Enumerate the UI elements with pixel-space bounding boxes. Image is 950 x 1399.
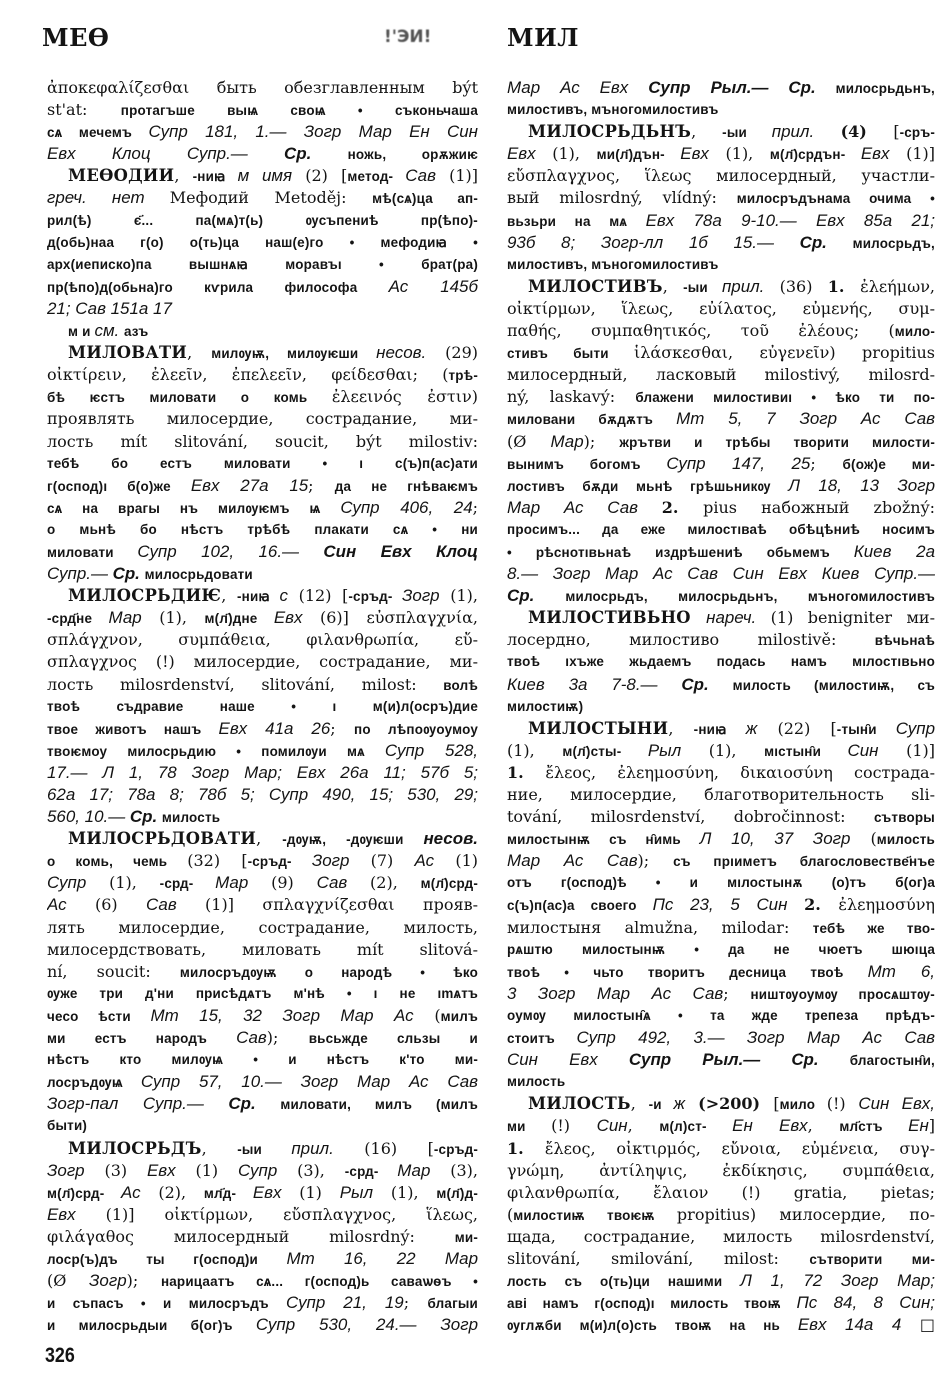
church-slavonic-text: милосрьдъ, милосрьдьнъ, мъногомилостивъ bbox=[565, 589, 935, 604]
church-slavonic-text: сѧ на врагы нъ милѹѥмъ ѩ bbox=[47, 501, 340, 516]
gloss-text: σπλάγχνον, συμπάθεια, φιλανθρωπία, εὔ- bbox=[47, 630, 478, 649]
source-reference: Рыл bbox=[648, 741, 681, 760]
gloss-text: □ bbox=[920, 1315, 935, 1334]
gloss-text: ; bbox=[810, 454, 842, 473]
church-slavonic-text: аві намъ г(оспод)ı милость твоѭ bbox=[507, 1296, 797, 1311]
text-line: 1. ἔλεος, οἰκτιρμός, εὔνοια, εὐμένεια, σ… bbox=[507, 1138, 935, 1160]
church-slavonic-text: отъ г(оспод)ѣ • и мıлостынѫ (о)тъ б(ог)а bbox=[507, 875, 935, 890]
source-reference: 93б 8; Зогр-лл 1б 15.— bbox=[507, 233, 800, 252]
source-reference: Син Евх bbox=[507, 1050, 629, 1069]
gloss-text: (2), bbox=[141, 1183, 204, 1202]
headword: МИЛОСРЬДЪ bbox=[68, 1139, 202, 1158]
text-line: σπλαγχνος (!) милосердие, сострадание, м… bbox=[47, 651, 478, 673]
right-column: Мар Ас Евх Супр Рыл.— Ср. милосрьдьнъ,ми… bbox=[507, 77, 935, 1336]
gloss-text: (1), bbox=[440, 586, 478, 605]
text-line: милость bbox=[507, 1071, 935, 1093]
text-line: миловани бѫдѫтъ Мт 5, 7 Зогр Ас Сав bbox=[507, 408, 935, 430]
gloss-text: ný, laskavý: bbox=[507, 387, 635, 406]
gloss-text: οἰκτίρμων, ἵλεως, εὐίλατος, εὐμενής, συμ… bbox=[507, 299, 935, 318]
source-reference: Ас 145б bbox=[389, 277, 478, 296]
gloss-text: (1)] bbox=[436, 166, 478, 185]
text-line: Ср. милосрьдъ, милосрьдьнъ, мъногомилост… bbox=[507, 585, 935, 607]
source-reference: Син Евх, bbox=[858, 1094, 935, 1113]
headword: МЕѲОДИИ bbox=[68, 166, 174, 185]
gloss-text: (Ø bbox=[47, 1271, 89, 1290]
gloss-text: φιλάγαθος милосердный milosrdný: bbox=[47, 1227, 455, 1246]
text-line: милосердный, ласковый milostivý, milosrd… bbox=[507, 364, 935, 386]
text-line: φιλάγαθος милосердный milosrdný: ми- bbox=[47, 1226, 478, 1248]
source-reference: Сав bbox=[317, 873, 348, 892]
gloss-text: ní, soucit: bbox=[47, 962, 180, 981]
church-slavonic-text: по лѣпоѹоумоу bbox=[354, 722, 478, 737]
text-line: твое животъ нашъ Евх 41а 26; по лѣпоѹоум… bbox=[47, 718, 478, 740]
sense-number: (>200) bbox=[685, 1094, 773, 1113]
text-line: лять милосердие, сострадание, милость, bbox=[47, 917, 478, 939]
source-reference: Зогр-пал Супр.— bbox=[47, 1094, 228, 1113]
source-reference: Мт 16, 22 Мар bbox=[286, 1249, 478, 1268]
church-slavonic-text: ми(л҃)дън- bbox=[597, 147, 681, 162]
text-line: лосръдѹѩ Супр 57, 10.— Зогр Мар Ас Сав bbox=[47, 1071, 478, 1093]
source-reference: Супр bbox=[47, 873, 86, 892]
gloss-text: (Ø bbox=[507, 432, 550, 451]
gloss-text: , bbox=[202, 1139, 238, 1158]
gloss-text: ἱλάσκεσθαι, εὐγενεῖν) propitius bbox=[634, 343, 935, 362]
text-line: slitování, smilování, milost: сътворити … bbox=[507, 1248, 935, 1270]
church-slavonic-text: мѣ(сѧ)ца ап- bbox=[372, 191, 478, 206]
church-slavonic-text: м(л)ст- bbox=[659, 1119, 732, 1134]
gloss-text: вый milosrdný, vlídný: bbox=[507, 188, 737, 207]
entry-start-line: м и см. азъ bbox=[47, 320, 478, 342]
source-reference: Супр 21, 19 bbox=[286, 1293, 404, 1312]
text-line: щада, сострадание, милость milosrdenství… bbox=[507, 1226, 935, 1248]
church-slavonic-text: милѹѭ, милѹѥши bbox=[211, 346, 376, 361]
source-reference: Мар Ас Евх bbox=[507, 78, 648, 97]
church-slavonic-text: нарицаатъ сѧ... г(оспод)ь саваѡѳъ • bbox=[161, 1274, 478, 1289]
gloss-text: (1), bbox=[709, 144, 770, 163]
source-reference: Рыл bbox=[340, 1183, 373, 1202]
text-line: отъ г(оспод)ѣ • и мıлостынѫ (о)тъ б(ог)а bbox=[507, 872, 935, 894]
church-slavonic-text: -срд҃не bbox=[47, 611, 109, 626]
church-slavonic-text: м(л҃)срд- bbox=[421, 876, 478, 891]
text-line: Зогр (3) Евх (1) Супр (3), -срд- Мар (3)… bbox=[47, 1160, 478, 1182]
text-line: о комь, чемь (32) [-сръд- Зогр (7) Ас (1… bbox=[47, 850, 478, 872]
church-slavonic-text: -дѹѭ, -дѹѥши bbox=[282, 832, 423, 847]
text-line: твоѣ ıхъже жьдаемъ подась намъ мıлостıвь… bbox=[507, 651, 935, 673]
church-slavonic-text: и съпасъ • и милосръдъ bbox=[47, 1296, 286, 1311]
source-reference: Пс 84, 8 Син; bbox=[797, 1293, 935, 1312]
gloss-text: εὔσπλαγχνος, ἵλεως милосердный, участли- bbox=[507, 166, 935, 185]
church-slavonic-text: вынимъ богомъ bbox=[507, 457, 666, 472]
text-line: лость mít slitování, soucit, být milosti… bbox=[47, 431, 478, 453]
text-line: твоѣ • чьто творитъ десница твоѣ Мт 6, bbox=[507, 961, 935, 983]
gloss-text: (1)] σπλαγχνίζεσθαι прояв- bbox=[177, 895, 478, 914]
source-reference: Супр 530, 24.— Зогр bbox=[256, 1315, 478, 1334]
gloss-text: pius набожный zbožný: bbox=[703, 498, 935, 517]
gloss-text: лость milosrdenství, slitování, milost: bbox=[47, 675, 443, 694]
gloss-text: st'at: bbox=[47, 100, 121, 119]
source-reference-bold: Ср. bbox=[284, 144, 348, 163]
source-reference: Супр 147, 25 bbox=[666, 454, 810, 473]
text-line: твоѥмоу милосрьдию • помилѹи мѧ Супр 528… bbox=[47, 740, 478, 762]
gloss-text: ); bbox=[638, 851, 674, 870]
source-reference: Евх 41а 26 bbox=[219, 719, 331, 738]
church-slavonic-text: ѹже три д'ни присѣдѧтъ м'нѣ • ı не ımѧтъ bbox=[47, 986, 478, 1001]
text-line: стоитъ Супр 492, 3.— Зогр Мар Ас Сав bbox=[507, 1027, 935, 1049]
entry-start-line: МИЛОСРЬДЬНЪ, -ыи прил. (4) [-сръ- bbox=[507, 121, 935, 143]
church-slavonic-text: стивъ быти bbox=[507, 346, 634, 361]
gloss-text: (6) bbox=[67, 895, 146, 914]
text-line: сѧ мечемъ Супр 181, 1.— Зогр Мар Ен Син bbox=[47, 121, 478, 143]
gloss-text: щада, сострадание, милость milosrdenství… bbox=[507, 1227, 935, 1246]
church-slavonic-text: ми- bbox=[455, 1230, 478, 1245]
sense-number: 2. bbox=[662, 498, 703, 517]
church-slavonic-text: милость (милостиѭ, съ bbox=[733, 678, 935, 693]
text-line: Мар Ас Евх Супр Рыл.— Ср. милосрьдьнъ, bbox=[507, 77, 935, 99]
text-line: милостыня almužna, milodar: тебѣ же тво- bbox=[507, 917, 935, 939]
source-reference: греч. нет bbox=[47, 188, 170, 207]
church-slavonic-text: тебѣ бо естъ миловати • ı с(ъ)п(ас)ати bbox=[47, 456, 478, 471]
church-slavonic-text: мл҃стъ bbox=[839, 1119, 908, 1134]
source-reference: Супр 57, 10.— Зогр Мар Ас Сав bbox=[141, 1072, 478, 1091]
church-slavonic-text: сътворити ми- bbox=[809, 1252, 935, 1267]
church-slavonic-text: благыи bbox=[428, 1296, 479, 1311]
gloss-text: (1), bbox=[507, 741, 562, 760]
gloss-text: (1) benigniter ми- bbox=[756, 608, 935, 627]
church-slavonic-text: рил(ѣ) є҃... па(мѧ)т(ь) ѹсъпениѣ пр(ѣпо)… bbox=[47, 213, 478, 228]
church-slavonic-text: -ниꙗ bbox=[694, 722, 746, 737]
source-reference: Супр bbox=[896, 719, 935, 738]
text-line: Супр (1), -срд- Мар (9) Сав (2), м(л҃)ср… bbox=[47, 872, 478, 894]
source-reference: Евх bbox=[253, 1183, 282, 1202]
church-slavonic-text: ножь, орѫжиѥ bbox=[348, 147, 478, 162]
gloss-text: (1), bbox=[681, 741, 764, 760]
source-reference: Зогр bbox=[47, 1161, 85, 1180]
church-slavonic-text: метод- bbox=[347, 169, 405, 184]
gloss-text: (36) bbox=[764, 277, 827, 296]
text-line: оумѹ милостын̑ѧ • та жде трепеза прѣдъ- bbox=[507, 1005, 935, 1027]
text-line: Мар Ас Сав); съ прıиметъ благословестве҃… bbox=[507, 850, 935, 872]
text-line: вьзьри на мѧ Евх 78а 9-10.— Евх 85а 21; bbox=[507, 210, 935, 232]
text-line: φιλανθρωπία, ἔλαιον (!) gratia, pietas; bbox=[507, 1182, 935, 1204]
source-reference: Супр 528, bbox=[385, 741, 478, 760]
gloss-text: (16) [ bbox=[334, 1139, 434, 1158]
church-slavonic-text: мило bbox=[780, 1097, 827, 1112]
church-slavonic-text: твоѣ ıхъже жьдаемъ подась намъ мıлостıвь… bbox=[507, 654, 935, 669]
church-slavonic-text: ништѹоумѹ просѧштѹ- bbox=[750, 987, 935, 1002]
source-reference: Мар bbox=[397, 1161, 430, 1180]
gloss-text: (3), bbox=[277, 1161, 344, 1180]
text-line: сѧ на врагы нъ милѹѥмъ ѩ Супр 406, 24; bbox=[47, 497, 478, 519]
church-slavonic-text: да не гнѣваѥмъ bbox=[335, 479, 478, 494]
text-line: и съпасъ • и милосръдъ Супр 21, 19; благ… bbox=[47, 1292, 478, 1314]
text-line: (Ø Мар); жрътви и трѣбы творити милости- bbox=[507, 431, 935, 453]
text-line: st'at: протагъше выѩ своѩ • съконьчаша bbox=[47, 99, 478, 121]
church-slavonic-text: чесо ѣсти bbox=[47, 1009, 150, 1024]
gloss-text: милосердный, ласковый milostivý, milosrd… bbox=[507, 365, 935, 384]
source-reference: Мар Ас Сав bbox=[507, 498, 662, 517]
gloss-text: лосердно, милостиво milostivě: bbox=[507, 630, 875, 649]
church-slavonic-text: вѣчьнаѣ bbox=[875, 633, 935, 648]
church-slavonic-text: лость съ о(ть)ци нашими bbox=[507, 1274, 740, 1289]
text-line: арх(иепиcко)па вышнѧꙗ моравъı • брат(ра) bbox=[47, 254, 478, 276]
church-slavonic-text: милостиѭ твоѥѭ bbox=[513, 1208, 677, 1223]
church-slavonic-text: сътворы bbox=[874, 810, 935, 825]
source-reference-bold: Ср. bbox=[228, 1094, 280, 1113]
entry-start-line: МЕѲОДИИ, -ниꙗ м имя (2) [метод- Сав (1)] bbox=[47, 165, 478, 187]
gloss-text: , bbox=[691, 122, 722, 141]
church-slavonic-text: мıстын̑и bbox=[764, 744, 847, 759]
church-slavonic-text: -срд- bbox=[160, 876, 215, 891]
source-reference: Евх Клоц Супр.— bbox=[47, 144, 284, 163]
text-line: тебѣ бо естъ миловати • ı с(ъ)п(ас)ати bbox=[47, 453, 478, 475]
gloss-text: (!) bbox=[827, 1094, 859, 1113]
source-reference: Евх bbox=[274, 608, 303, 627]
text-line: Мар Ас Сав 2. pius набожный zbožný: bbox=[507, 497, 935, 519]
text-line: σπλάγχνον, συμπάθεια, φιλανθρωπία, εὔ- bbox=[47, 629, 478, 651]
church-slavonic-text: вьсьжде сльзы и bbox=[309, 1031, 478, 1046]
church-slavonic-text: милость bbox=[877, 832, 935, 847]
church-slavonic-text: вьзьри на мѧ bbox=[507, 214, 646, 229]
gloss-text: , bbox=[187, 343, 211, 362]
text-line: ние, милосердие, благотворительность sli… bbox=[507, 784, 935, 806]
source-reference: Ас bbox=[415, 851, 435, 870]
church-slavonic-text: -ыи bbox=[237, 1142, 291, 1157]
gloss-text: (1)] bbox=[879, 741, 936, 760]
text-line: 62а 17; 78а 8; 78б 5; Супр 490, 15; 530,… bbox=[47, 784, 478, 806]
source-reference: 3 Зогр Мар Ас Сав bbox=[507, 984, 723, 1003]
church-slavonic-text: милостиѭ) bbox=[507, 699, 583, 714]
headword: МИЛОСТЫНИ bbox=[528, 719, 668, 738]
source-reference: Мт 5, 7 Зогр Ас Сав bbox=[676, 409, 935, 428]
church-slavonic-text: мл҃д- bbox=[204, 1186, 253, 1201]
source-reference-bold: Ср. bbox=[507, 586, 565, 605]
source-reference: Сав bbox=[236, 1028, 267, 1047]
church-slavonic-text: милостивъ, мъногомилостивъ bbox=[507, 257, 718, 272]
source-reference: Супр 492, 3.— Зогр Мар Ас Сав bbox=[577, 1028, 935, 1047]
source-reference: Ас bbox=[121, 1183, 141, 1202]
source-reference: Евх bbox=[507, 144, 536, 163]
source-reference: прил. bbox=[772, 122, 814, 141]
gloss-text: φιλανθρωπία, ἔλαιον (!) gratia, pietas; bbox=[507, 1183, 935, 1202]
text-line: вый milosrdný, vlídný: милосръдънама очи… bbox=[507, 187, 935, 209]
gloss-text: ние, милосердие, благотворительность sli… bbox=[507, 785, 935, 804]
text-line: лость съ о(ть)ци нашими Л 1, 72 Зогр Мар… bbox=[507, 1270, 935, 1292]
source-reference: Мар bbox=[109, 608, 142, 627]
running-head-center-smudge: !'ЭИ! bbox=[384, 27, 431, 47]
church-slavonic-text: ми естъ народъ bbox=[47, 1031, 236, 1046]
church-slavonic-text: просимъ... да еже милостıваѣ обѣцѣниѣ но… bbox=[507, 522, 935, 537]
gloss-text: ; bbox=[723, 984, 750, 1003]
text-line: о мьнѣ бо нѣстъ трѣбѣ плакати сѧ • ни bbox=[47, 519, 478, 541]
source-reference: Евх bbox=[47, 1205, 76, 1224]
church-slavonic-text: с(ъ)п(ас)а своего bbox=[507, 898, 653, 913]
text-line: παθής, συμπαθητικός, τοῦ ἐλέους; (мило- bbox=[507, 320, 935, 342]
entry-start-line: МИЛОСТЬ, -и ж (>200) [мило (!) Син Евх, bbox=[507, 1093, 935, 1115]
church-slavonic-text: милосръдѹѭ о народѣ • ѣко bbox=[180, 965, 478, 980]
text-line: tování, milosrdenství, dobročinnost: сът… bbox=[507, 806, 935, 828]
church-slavonic-text: д(обь)наа г(о) о(ть)ца наш(е)го • мефоди… bbox=[47, 235, 478, 250]
left-column: ἀποκεφαλίζεσθαι быть обезглавленным býts… bbox=[47, 77, 478, 1336]
gloss-text: милостыня almužna, milodar: bbox=[507, 918, 813, 937]
source-reference: Л 1, 72 Зогр Мар; bbox=[740, 1271, 935, 1290]
text-line: вынимъ богомъ Супр 147, 25; б(ож)е ми- bbox=[507, 453, 935, 475]
source-reference: Евх bbox=[680, 144, 709, 163]
gloss-text: ( bbox=[850, 829, 876, 848]
gloss-text: (1), bbox=[86, 873, 159, 892]
gloss-text: ἐλεεινός ἐστιν) bbox=[332, 387, 478, 406]
gloss-text: ; bbox=[404, 1293, 428, 1312]
gloss-text: ἔλεος, ἐλεημοσύνη, δικαιοσύνη сострада- bbox=[545, 763, 935, 782]
church-slavonic-text: м и bbox=[68, 324, 94, 339]
source-reference: Супр 406, 24 bbox=[340, 498, 472, 517]
church-slavonic-text: -сръд- bbox=[248, 854, 312, 869]
text-line: Син Евх Супр Рыл.— Ср. благостын̑и, bbox=[507, 1049, 935, 1071]
church-slavonic-text: ѹглѫби м(и)л(о)сть твоѭ на нь bbox=[507, 1318, 798, 1333]
gloss-text: ἐλεήμων, bbox=[860, 277, 935, 296]
church-slavonic-text: твоѥмоу милосрьдию • помилѹи мѧ bbox=[47, 744, 385, 759]
gloss-text: (1), bbox=[373, 1183, 436, 1202]
gloss-text: tování, milosrdenství, dobročinnost: bbox=[507, 807, 874, 826]
text-line: милостивъ, мъногомилостивъ bbox=[507, 99, 935, 121]
text-line: аві намъ г(оспод)ı милость твоѭ Пс 84, 8… bbox=[507, 1292, 935, 1314]
text-line: лоср(ъ)дъ ты г(оспод)и Мт 16, 22 Мар bbox=[47, 1248, 478, 1270]
source-reference: Мар Ас Сав bbox=[507, 851, 638, 870]
text-line: 8.— Зогр Мар Ас Сав Син Евх Киев Супр.— bbox=[507, 563, 935, 585]
text-line: (Ø Зогр); нарицаатъ сѧ... г(оспод)ь сава… bbox=[47, 1270, 478, 1292]
church-slavonic-text: милосрьдъ, bbox=[853, 236, 935, 251]
source-reference: 560, 10.— bbox=[47, 807, 130, 826]
source-reference: Ен bbox=[908, 1116, 929, 1135]
church-slavonic-text: б(ож)е ми- bbox=[843, 457, 935, 472]
text-line: οἰκτίρειν, ἐλεεῖν, ἐπελεεῖν, φείδεσθαι; … bbox=[47, 364, 478, 386]
gloss-text: лость mít slitování, soucit, být milosti… bbox=[47, 432, 478, 451]
church-slavonic-text: твоѣ съдравие наше • ı м(и)л(осръ)дие bbox=[47, 699, 478, 714]
text-line: пр(ѣпо)д(обьна)го кѵрила философа Ас 145… bbox=[47, 276, 478, 298]
source-reference-bold: Ср. bbox=[800, 233, 853, 252]
source-reference: 8.— Зогр Мар Ас Сав Син Евх Киев Супр.— bbox=[507, 564, 935, 583]
source-reference: Син bbox=[848, 741, 879, 760]
church-slavonic-text: трѣ- bbox=[448, 368, 478, 383]
church-slavonic-text: быти) bbox=[47, 1118, 87, 1133]
church-slavonic-text: милосръдънама очима • bbox=[737, 191, 935, 206]
gloss-text: проявлять милосердие, сострадание, ми- bbox=[47, 409, 478, 428]
church-slavonic-text: волѣ bbox=[443, 678, 478, 693]
source-reference-bold: Супр Рыл.— Ср. bbox=[648, 78, 835, 97]
source-reference: Киев 2а bbox=[854, 542, 935, 561]
text-line: 17.— Л 1, 78 Зогр Мар; Евх 26а 11; 57б 5… bbox=[47, 762, 478, 784]
gloss-text: , bbox=[631, 1094, 649, 1113]
church-slavonic-text: -ниꙗ bbox=[237, 589, 279, 604]
text-line: Евх Клоц Супр.— Ср. ножь, орѫжиѥ bbox=[47, 143, 478, 165]
gloss-text: , bbox=[668, 719, 693, 738]
source-reference: Киев 3а 7-8.— bbox=[507, 675, 681, 694]
source-reference: несов. bbox=[376, 343, 426, 362]
text-line: милостиѭ) bbox=[507, 696, 935, 718]
sense-number: (4) bbox=[814, 122, 893, 141]
church-slavonic-text: твоѣ • чьто творитъ десница твоѣ bbox=[507, 965, 868, 980]
headword: МИЛОСТИВЬНО bbox=[528, 608, 706, 627]
church-slavonic-text: протагъше выѩ своѩ • съконьчаша bbox=[121, 103, 478, 118]
source-reference: Ен Евх bbox=[732, 1116, 807, 1135]
sense-number: 1. bbox=[828, 277, 860, 296]
source-reference: Евх bbox=[147, 1161, 176, 1180]
gloss-text: (7) bbox=[349, 851, 414, 870]
church-slavonic-text: миловани бѫдѫтъ bbox=[507, 412, 676, 427]
gloss-text: ] bbox=[929, 1116, 935, 1135]
text-line: ní, soucit: милосръдѹѭ о народѣ • ѣко bbox=[47, 961, 478, 983]
sense-number: 2. bbox=[804, 895, 838, 914]
text-line: εὔσπλαγχνος, ἵλεως милосердный, участли- bbox=[507, 165, 935, 187]
gloss-text: , bbox=[256, 829, 282, 848]
gloss-text: лять милосердие, сострадание, милость, bbox=[47, 918, 478, 937]
entry-start-line: МИЛОСТЫНИ, -ниꙗ ж (22) [-тын̑и Супр bbox=[507, 718, 935, 740]
text-line: д(обь)наа г(о) о(ть)ца наш(е)го • мефоди… bbox=[47, 232, 478, 254]
gloss-text: , bbox=[663, 277, 683, 296]
gloss-text: (1) bbox=[281, 1183, 339, 1202]
page-number: 326 bbox=[45, 1344, 75, 1368]
church-slavonic-text: -сръд- bbox=[434, 1142, 478, 1157]
gloss-text: (32) [ bbox=[187, 851, 247, 870]
gloss-text: (1)] bbox=[889, 144, 935, 163]
sense-number: 1. bbox=[507, 763, 545, 782]
dictionary-page: МЕѲ !'ЭИ! МИЛ ἀποκεφαλίζεσθαι быть обезг… bbox=[0, 0, 950, 1399]
source-reference: Зогр bbox=[312, 851, 350, 870]
church-slavonic-text: милость bbox=[507, 1074, 565, 1089]
source-reference: Син bbox=[597, 1116, 628, 1135]
gloss-text: , bbox=[628, 1116, 660, 1135]
church-slavonic-text: -срд- bbox=[345, 1164, 398, 1179]
church-slavonic-text: арх(иепиcко)па вышнѧꙗ моравъı • брат(ра) bbox=[47, 257, 478, 272]
gloss-text: , bbox=[174, 166, 192, 185]
source-reference: прил. bbox=[291, 1139, 333, 1158]
source-reference: Ас bbox=[47, 895, 67, 914]
gloss-text: (9) bbox=[248, 873, 316, 892]
text-line: ný, laskavý: блажени милостивиı • ѣко ти… bbox=[507, 386, 935, 408]
church-slavonic-text: миловати, милъ (милъ bbox=[280, 1097, 478, 1112]
text-line: твоѣ съдравие наше • ı м(и)л(осръ)дие bbox=[47, 696, 478, 718]
gloss-text: (!) bbox=[551, 1116, 597, 1135]
church-slavonic-text: -ыи bbox=[683, 280, 722, 295]
gloss-text: γνώμη, ἀντίληψις, ἐκδίκησις, συμπάθεια, bbox=[507, 1161, 935, 1180]
church-slavonic-text: -и bbox=[649, 1097, 674, 1112]
source-reference: Мт 15, 32 Зогр Мар Ас bbox=[150, 1006, 413, 1025]
church-slavonic-text: жрътви и трѣбы творити милости- bbox=[619, 435, 935, 450]
gloss-text: ἔλεος, οἰκτιρμός, εὔνοια, εὐμένεια, συγ- bbox=[545, 1139, 935, 1158]
gloss-text: ; bbox=[473, 498, 478, 517]
gloss-text: ἐλεημοσύνη bbox=[838, 895, 935, 914]
gloss-text: (12) [ bbox=[288, 586, 348, 605]
source-reference-bold: несов. bbox=[423, 829, 478, 848]
gloss-text: (3), bbox=[430, 1161, 478, 1180]
gloss-text: (6)] εὐσπλαγχνία, bbox=[302, 608, 478, 627]
text-line: с(ъ)п(ас)а своего Пс 23, 5 Син 2. ἐλεημο… bbox=[507, 894, 935, 916]
headword: МИЛОСРЬДЬНЪ bbox=[528, 122, 691, 141]
text-line: 1. ἔλεος, ἐλεημοσύνη, δικαιοσύνη сострад… bbox=[507, 762, 935, 784]
text-line: Евх (1)] οἰκτίρμων, εὔσπλαγχνος, ἵλεως, bbox=[47, 1204, 478, 1226]
text-line: рил(ѣ) є҃... па(мѧ)т(ь) ѹсъпениѣ пр(ѣпо)… bbox=[47, 210, 478, 232]
source-reference: Евх 14а 4 bbox=[798, 1315, 920, 1334]
church-slavonic-text: о мьнѣ бо нѣстъ трѣбѣ плакати сѧ • ни bbox=[47, 522, 478, 537]
source-reference: 62а 17; 78а 8; 78б 5; Супр 490, 15; 530,… bbox=[47, 785, 478, 804]
source-reference: Пс 23, 5 Син bbox=[653, 895, 805, 914]
church-slavonic-text: ми bbox=[507, 1119, 551, 1134]
source-reference: с bbox=[279, 586, 287, 605]
church-slavonic-text: • рѣснотıвьнаѣ издрѣшениѣ обьмемъ bbox=[507, 545, 854, 560]
church-slavonic-text: м(л҃)дне bbox=[205, 611, 274, 626]
source-reference: Зогр bbox=[402, 586, 440, 605]
church-slavonic-text: милосрьдовати bbox=[145, 567, 253, 582]
church-slavonic-text: милостивъ, мъногомилостивъ bbox=[507, 102, 718, 117]
